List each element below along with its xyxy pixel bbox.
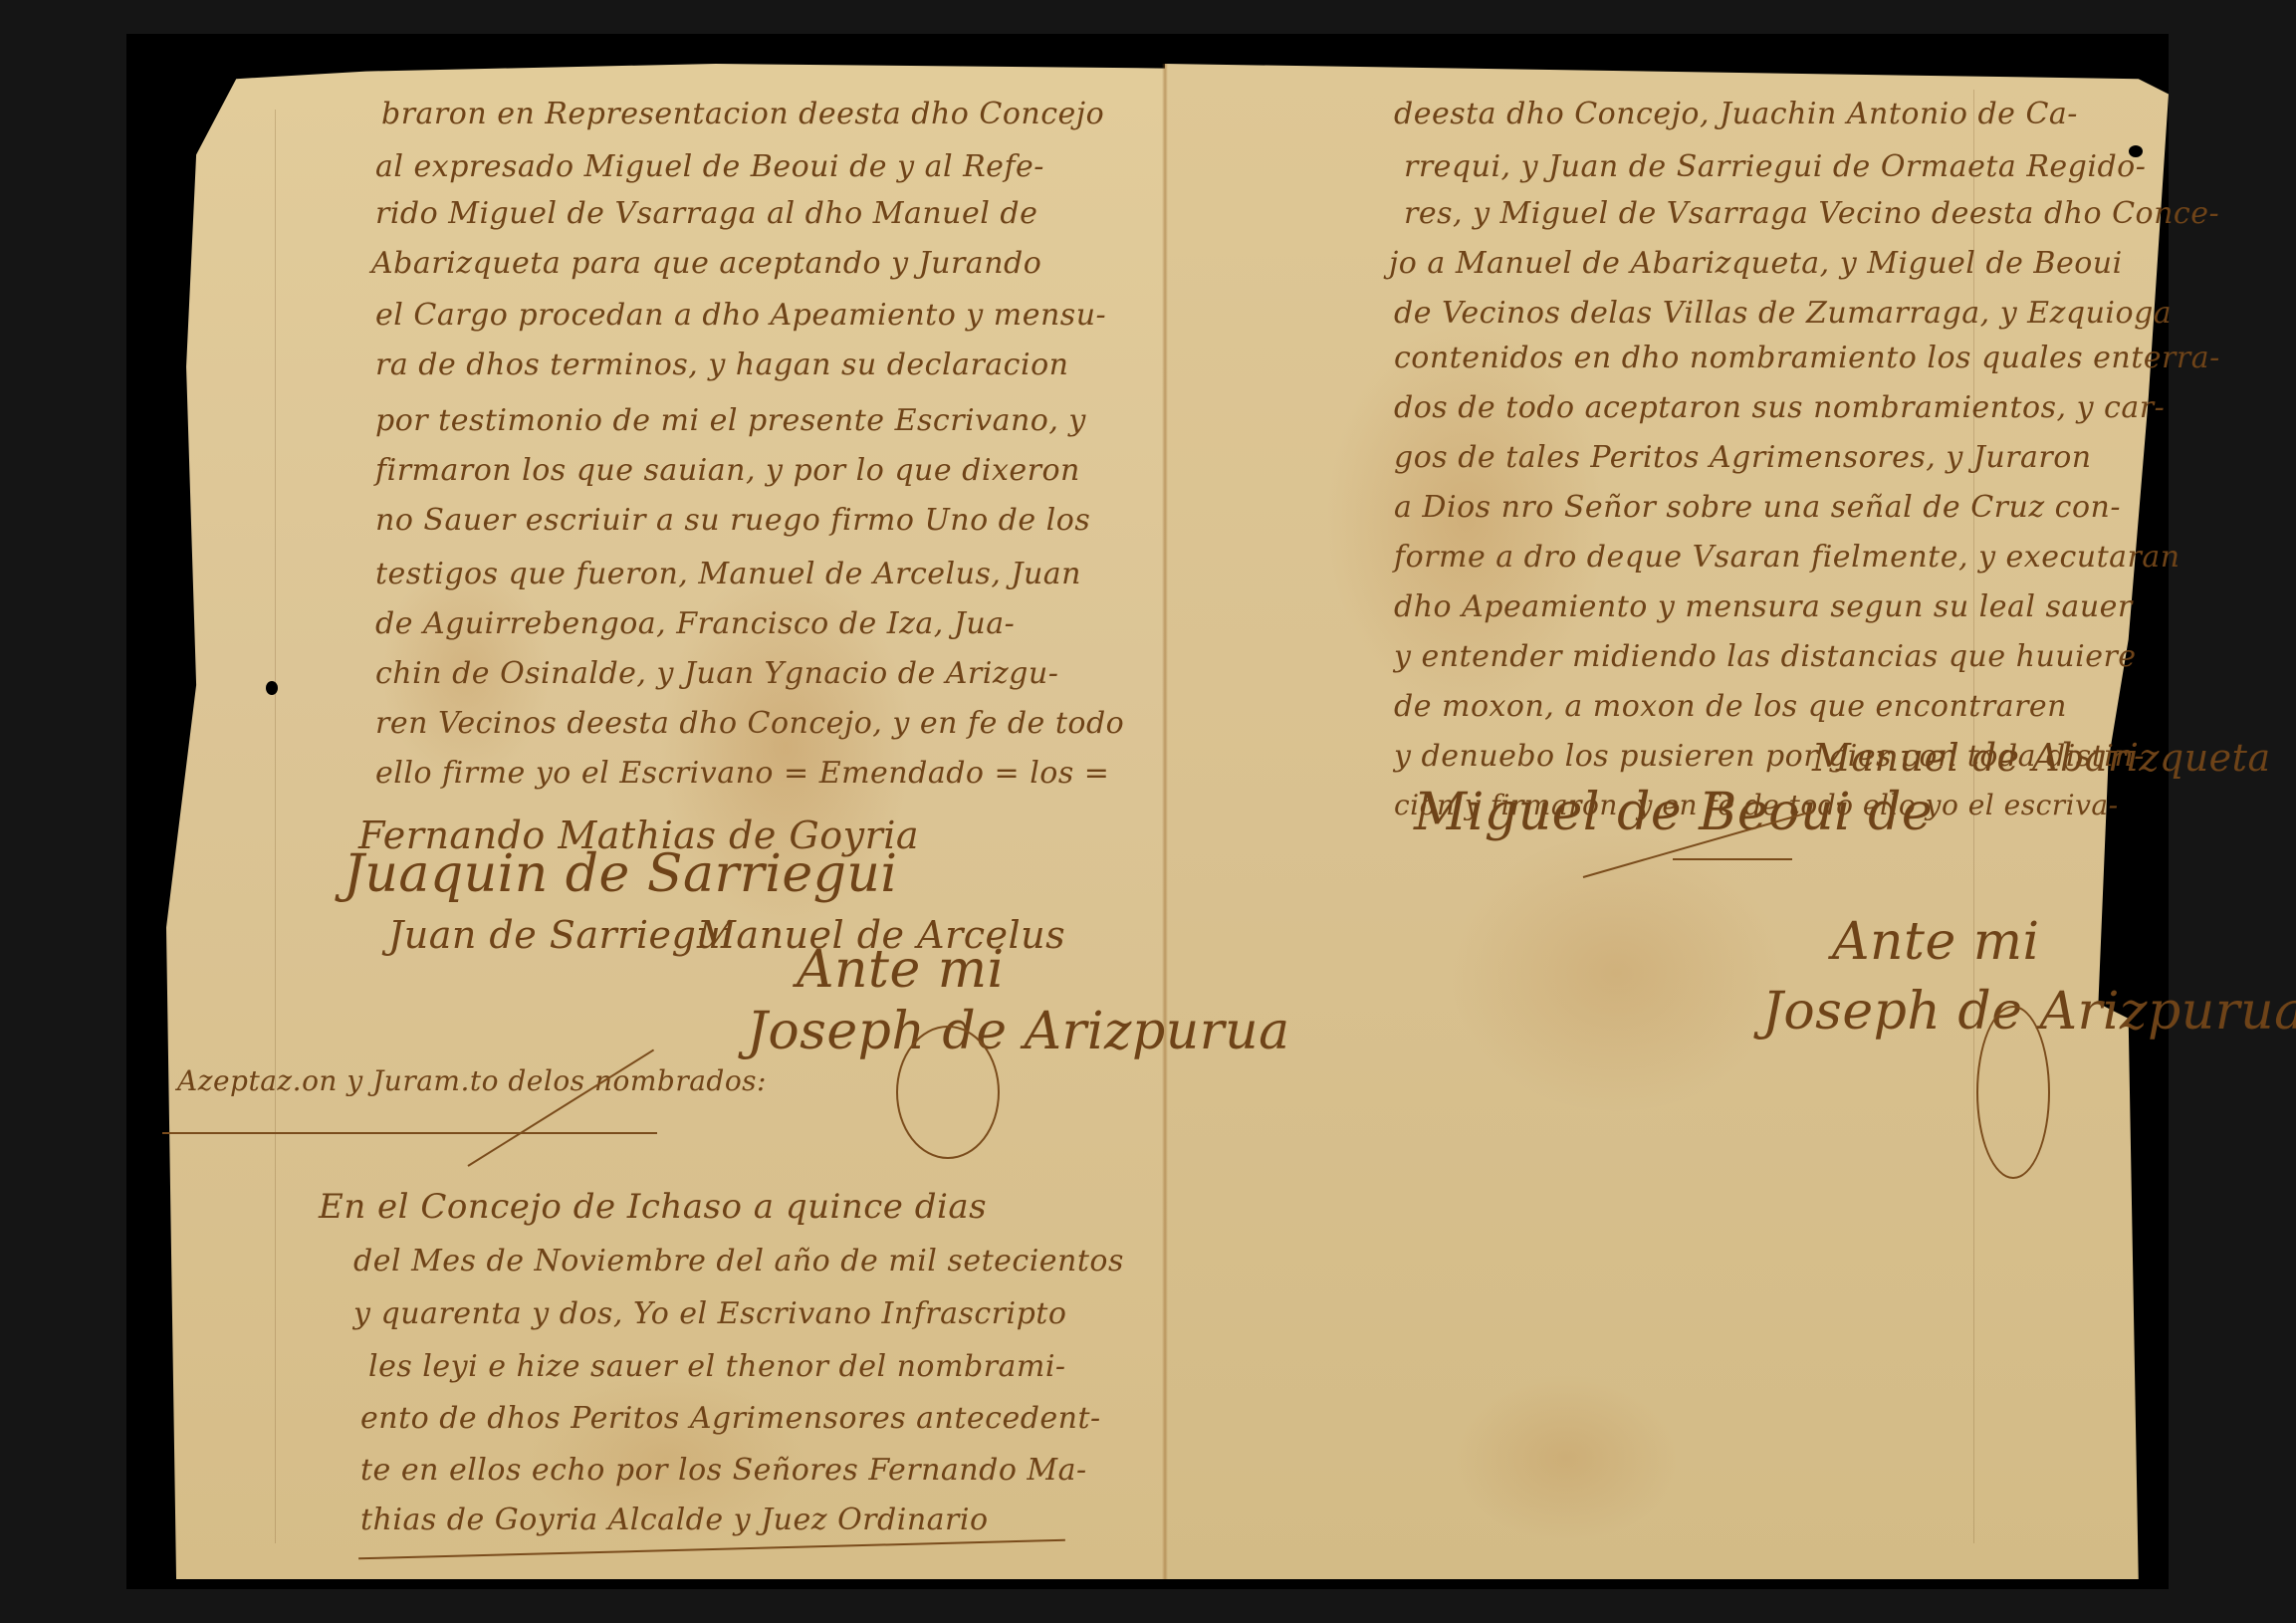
right-line: dho Apeamiento y mensura segun su leal s… xyxy=(1394,592,2133,622)
section-divider-rule xyxy=(162,1132,657,1134)
left-line: Abarizqueta para que aceptando y Jurando xyxy=(371,249,1041,279)
left-line: ra de dhos terminos, y hagan su declarac… xyxy=(375,350,1068,380)
right-line: forme a dro deque Vsaran fielmente, y ex… xyxy=(1394,543,2181,573)
left-line: el Cargo procedan a dho Apeamiento y men… xyxy=(375,301,1106,331)
left-lower-line: thias de Goyria Alcalde y Juez Ordinario xyxy=(360,1506,989,1535)
left-line: ren Vecinos deesta dho Concejo, y en fe … xyxy=(375,709,1124,739)
right-line: rrequi, y Juan de Sarriegui de Ormaeta R… xyxy=(1404,152,2146,182)
right-line: jo a Manuel de Abarizqueta, y Miguel de … xyxy=(1389,249,2123,279)
signature-beoui: Miguel de Beoui de xyxy=(1414,787,1933,838)
left-lower-line: y quarenta y dos, Yo el Escrivano Infras… xyxy=(353,1299,1066,1329)
signature-sarriegui-juan: Juan de Sarriegui xyxy=(388,916,734,954)
left-line: braron en Representacion deesta dho Conc… xyxy=(381,100,1104,129)
right-line: contenidos en dho nombramiento los quale… xyxy=(1394,344,2220,373)
signature-ante-mi-right: Ante mi xyxy=(1832,916,2040,968)
left-line: testigos que fueron, Manuel de Arcelus, … xyxy=(375,560,1081,589)
page-gutter xyxy=(1162,64,1168,1579)
right-line: de moxon, a moxon de los que encontraren xyxy=(1394,692,2067,722)
signature-sarriegui-juaquin: Juaquin de Sarriegui xyxy=(344,848,898,900)
fold-line-left xyxy=(275,110,276,1543)
left-lower-line: del Mes de Noviembre del año de mil sete… xyxy=(353,1247,1124,1276)
signature-flourish-left xyxy=(896,1026,1000,1159)
left-line: ello firme yo el Escrivano = Emendado = … xyxy=(375,759,1109,789)
left-lower-line: En el Concejo de Ichaso a quince dias xyxy=(319,1190,987,1224)
hole-left-1 xyxy=(266,681,278,695)
signature-abarizqueta: Manuel de Abarizqueta xyxy=(1812,739,2271,777)
right-line: y entender midiendo las distancias que h… xyxy=(1394,642,2137,672)
left-lower-line: ento de dhos Peritos Agrimensores antece… xyxy=(360,1404,1101,1434)
signature-flourish-right xyxy=(1976,1006,2050,1179)
left-line: al expresado Miguel de Beoui de y al Ref… xyxy=(375,152,1044,182)
left-line: de Aguirrebengoa, Francisco de Iza, Jua- xyxy=(375,609,1015,639)
margin-note: Azeptaz.on y Juram.to delos nombrados: xyxy=(177,1067,767,1095)
right-line: de Vecinos delas Villas de Zumarraga, y … xyxy=(1394,299,2172,329)
left-line: no Sauer escriuir a su ruego firmo Uno d… xyxy=(375,506,1090,536)
signature-underline-beoui xyxy=(1673,858,1792,860)
left-line: por testimonio de mi el presente Escriva… xyxy=(375,406,1086,436)
right-line: res, y Miguel de Vsarraga Vecino deesta … xyxy=(1404,199,2219,229)
right-line: gos de tales Peritos Agrimensores, y Jur… xyxy=(1394,443,2092,473)
right-line: deesta dho Concejo, Juachin Antonio de C… xyxy=(1394,100,2078,129)
left-lower-line: les leyi e hize sauer el thenor del nomb… xyxy=(368,1352,1066,1382)
signature-ante-mi-left: Ante mi xyxy=(797,944,1005,996)
left-lower-line: te en ellos echo por los Señores Fernand… xyxy=(360,1456,1087,1486)
right-line: dos de todo aceptaron sus nombramientos,… xyxy=(1394,393,2165,423)
right-line: a Dios nro Señor sobre una señal de Cruz… xyxy=(1394,493,2121,523)
left-line: firmaron los que sauian, y por lo que di… xyxy=(375,456,1080,486)
left-line: rido Miguel de Vsarraga al dho Manuel de xyxy=(375,199,1037,229)
left-line: chin de Osinalde, y Juan Ygnacio de Ariz… xyxy=(375,659,1058,689)
signature-arizpurua-left: Joseph de Arizpurua xyxy=(747,1006,1290,1057)
